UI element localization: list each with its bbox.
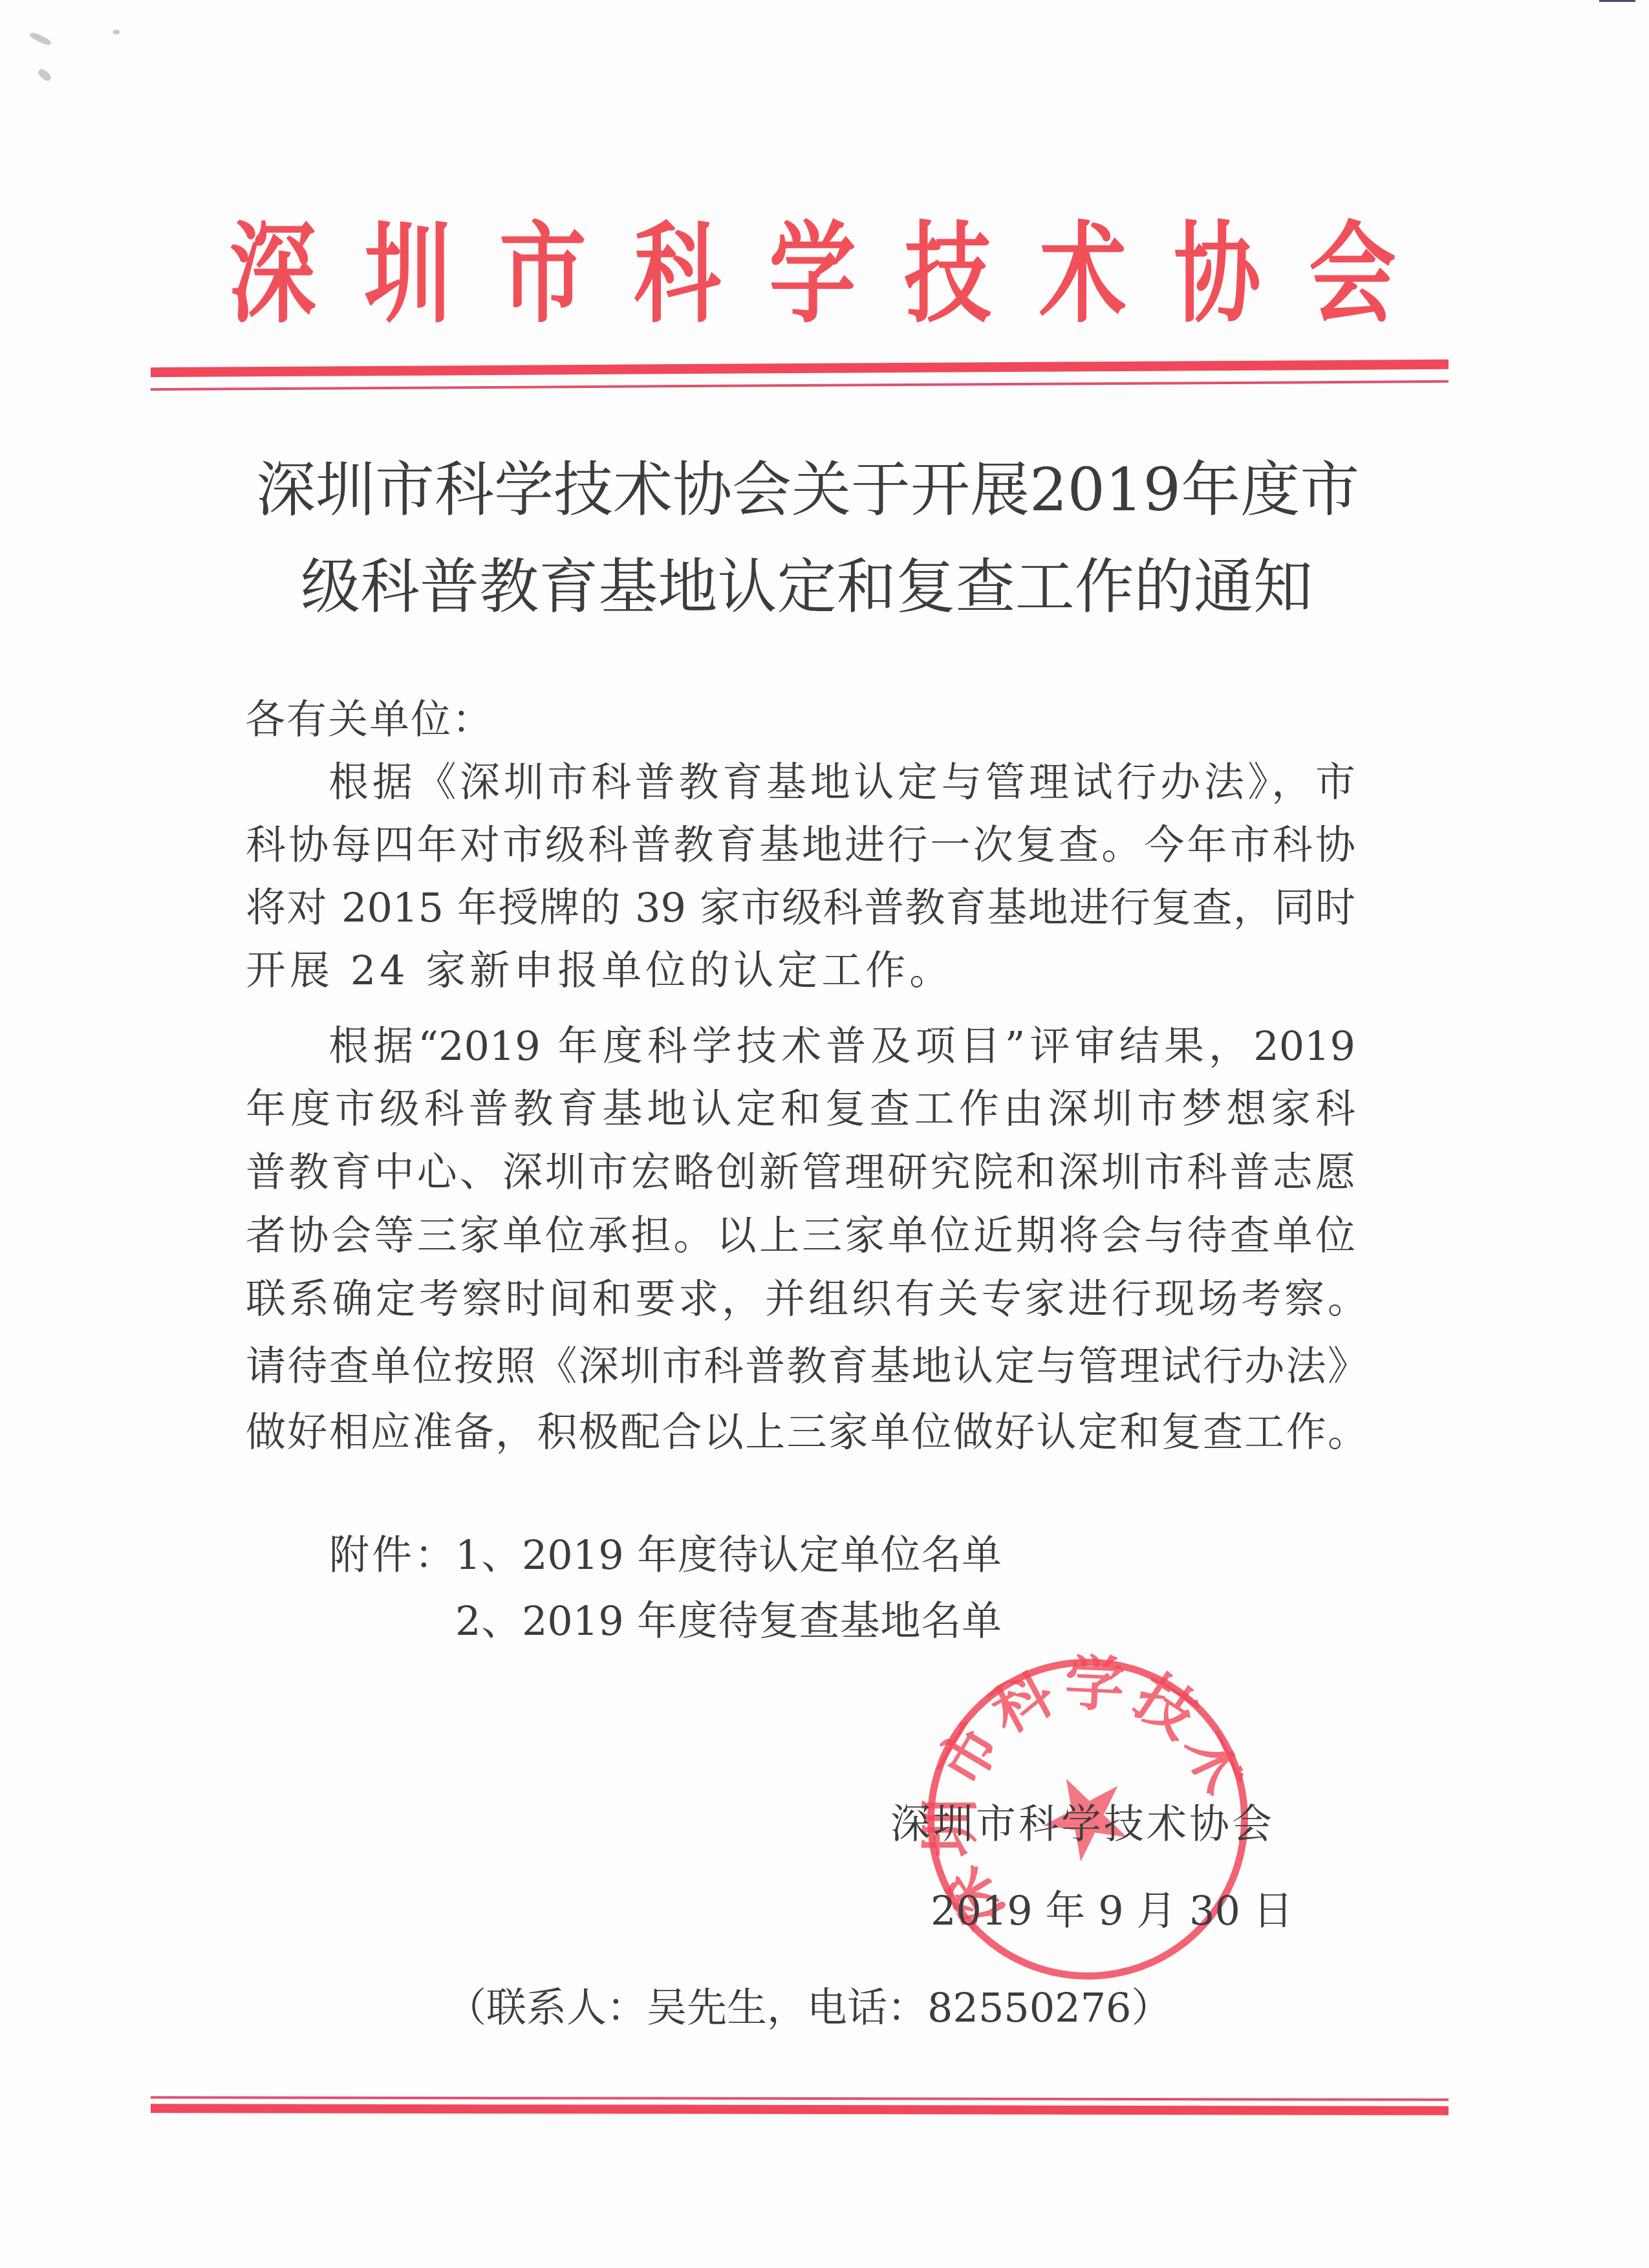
signature-org: 深圳市科学技术协会 (890, 1795, 1272, 1853)
body-line: 者协会等三家单位承担。以上三家单位近期将会与待查单位 (246, 1207, 1355, 1265)
body-line: 做好相应准备，积极配合以上三家单位做好认定和复查工作。 (246, 1403, 1368, 1462)
letterhead-org-name: 深 圳 市 科 学 技 术 协 会 (221, 206, 1380, 341)
body-line: 年度市级科普教育基地认定和复查工作由深圳市梦想家科 (246, 1080, 1355, 1138)
attachment-item-2: 2、2019 年度待复查基地名单 (455, 1592, 1002, 1650)
letterhead-thin-rule (151, 380, 1449, 391)
letterhead-char: 会 (1309, 206, 1372, 341)
footer-thin-rule (151, 2096, 1449, 2101)
body-line: 请待查单位按照《深圳市科普教育基地认定与管理试行办法》 (246, 1337, 1368, 1396)
footer-thick-rule (151, 2104, 1449, 2115)
letterhead-char: 科 (634, 206, 697, 341)
body-line: 科协每四年对市级科普教育基地进行一次复查。今年市科协 (246, 816, 1355, 874)
letterhead-char: 协 (1174, 206, 1237, 341)
letterhead-char: 深 (229, 206, 292, 341)
scan-speck (29, 31, 52, 47)
letterhead-char: 市 (499, 206, 563, 341)
letterhead-char: 技 (904, 206, 967, 341)
body-line: 根据“2019 年度科学技术普及项目”评审结果，2019 (329, 1017, 1355, 1075)
signature-date: 2019 年 9 月 30 日 (931, 1882, 1252, 1940)
scan-speck (113, 30, 120, 34)
document-title-line-1: 深圳市科学技术协会关于开展2019年度市 (256, 455, 1340, 526)
body-line: 普教育中心、深圳市宏略创新管理研究院和深圳市科普志愿 (246, 1143, 1355, 1202)
letterhead-thick-rule (151, 360, 1449, 377)
body-line: 将对 2015 年授牌的 39 家市级科普教育基地进行复查，同时 (246, 879, 1355, 937)
letterhead-char: 学 (769, 206, 832, 341)
scan-edge-mark (1599, 0, 1635, 2)
salutation: 各有关单位： (245, 691, 633, 749)
document-title-line-2: 级科普教育基地认定和复查工作的通知 (301, 552, 1313, 623)
contact-info: （联系人：吴先生，电话：82550276） (446, 1979, 1145, 2037)
body-line: 根据《深圳市科普教育基地认定与管理试行办法》，市 (329, 753, 1355, 812)
attachments-label: 附件： (329, 1526, 458, 1584)
letterhead-char: 术 (1039, 206, 1103, 341)
attachment-item-1: 1、2019 年度待认定单位名单 (455, 1526, 1002, 1584)
scan-speck (37, 67, 53, 82)
body-line: 开展 24 家新申报单位的认定工作。 (246, 942, 1022, 1000)
body-line: 联系确定考察时间和要求，并组织有关专家进行现场考察。 (246, 1270, 1368, 1328)
letterhead-char: 圳 (364, 206, 427, 341)
